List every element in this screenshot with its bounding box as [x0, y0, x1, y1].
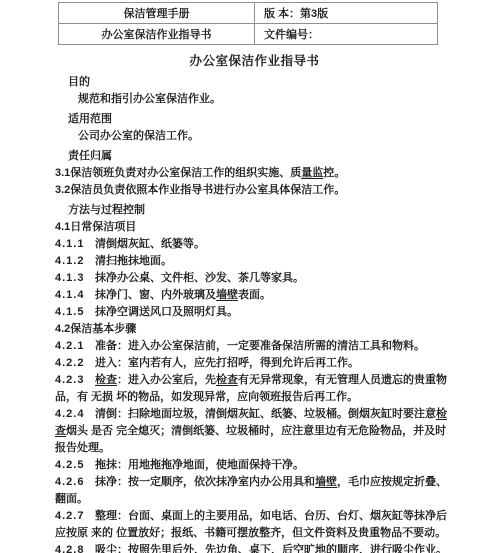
text-line: 品，有 无损 坏的物品，如发现异常，应向领班报告后再工作。 [55, 389, 454, 406]
doc-name-cell: 办公室保洁作业指导书 [59, 24, 255, 45]
text-line: 4.2.3检查：进入办公室后，先检查有无异常现象，有无管理人员遗忘的贵重物 [55, 372, 454, 389]
text-segment: 3.1保洁领班负责对办公室保洁工作的组织实施、质 [55, 167, 301, 179]
text-line: 规范和指引办公室保洁作业。 [78, 91, 454, 108]
text-line: 公司办公室的保洁工作。 [78, 128, 454, 145]
text-line: 4.2.5拖抹：用地拖拖净地面，使地面保持干净。 [55, 457, 454, 474]
text-line: 4.2.6抹净：按一定顺序，依次抹净室内办公用具和墙壁，毛巾应按规定折叠、 [55, 474, 454, 491]
text-line: 3.1保洁领班负责对办公室保洁工作的组织实施、质量监控。 [55, 165, 454, 182]
document-page: 保洁管理手册 版 本：第3版 办公室保洁作业指导书 文件编号： 办公室保洁作业指… [0, 0, 500, 553]
clause-number: 4.1.3 [55, 270, 95, 287]
clause-number: 4.2.2 [55, 355, 95, 372]
text-segment: 报告处理。 [55, 442, 110, 454]
clause-number: 4.1.2 [55, 253, 95, 270]
text-segment: 吸尘：按照先里后外，先边角、桌下，后空旷地的顺序，进行吸尘作业。 [95, 544, 447, 553]
text-segment: 准备：进入办公室保洁前，一定要准备保洁所需的清洁工具和物料。 [95, 340, 425, 352]
underlined-text: 检 [436, 408, 447, 420]
clause-number: 4.2.6 [55, 474, 95, 491]
text-segment: 清倒：扫除地面垃圾，清倒烟灰缸、纸篓、垃圾桶。倒烟灰缸时要注意 [95, 408, 436, 420]
section-heading: 目的 [68, 74, 454, 91]
text-segment: 方法与过程控制 [68, 204, 145, 216]
text-segment: 抹净空调送风口及照明灯具。 [95, 306, 238, 318]
text-segment: 责任归属 [68, 150, 112, 162]
text-line: 4.2保洁基本步骤 [55, 321, 454, 338]
text-line: 4.1.3抹净办公桌、文件柜、沙发、茶几等家具。 [55, 270, 454, 287]
manual-name-cell: 保洁管理手册 [59, 3, 255, 24]
text-line: 报告处理。 [55, 440, 454, 457]
clause-number: 4.1.5 [55, 304, 95, 321]
text-line: 4.2.2进入：室内若有人，应先打招呼，得到允许后再工作。 [55, 355, 454, 372]
text-segment: 适用范围 [68, 113, 112, 125]
header-row: 保洁管理手册 版 本：第3版 [59, 3, 438, 24]
underlined-text: 检查 [95, 374, 117, 386]
text-segment: ：进入办公室后，先 [117, 374, 216, 386]
text-segment: 抹净办公桌、文件柜、沙发、茶几等家具。 [95, 272, 304, 284]
clause-number: 4.1.1 [55, 236, 95, 253]
clause-number: 4.2.1 [55, 338, 95, 355]
text-segment: 规范和指引办公室保洁作业。 [78, 93, 221, 105]
underlined-text: 检查 [216, 374, 238, 386]
clause-number: 4.2.3 [55, 372, 95, 389]
clause-number: 4.1.4 [55, 287, 95, 304]
underlined-text: 墙壁 [315, 476, 337, 488]
text-segment: 拖抹：用地拖拖净地面，使地面保持干净。 [95, 459, 304, 471]
text-line: 4.2.8吸尘：按照先里后外，先边角、桌下，后空旷地的顺序，进行吸尘作业。 [55, 542, 454, 553]
text-line: 4.1.1清倒烟灰缸、纸篓等。 [55, 236, 454, 253]
text-segment: 应按原 来的 位置放好；报纸、书籍可摆放整齐，但文件资料及贵重物品不要动。 [55, 527, 446, 539]
text-segment: 抹净门、窗、内外玻璃及 [95, 289, 216, 301]
header-row: 办公室保洁作业指导书 文件编号： [59, 24, 438, 45]
text-line: 4.1.2清扫拖抹地面。 [55, 253, 454, 270]
text-line: 4.2.4清倒：扫除地面垃圾，清倒烟灰缸、纸篓、垃圾桶。倒烟灰缸时要注意检 [55, 406, 454, 423]
text-segment: 公司办公室的保洁工作。 [78, 130, 199, 142]
clause-number: 4.2.4 [55, 406, 95, 423]
text-segment: 抹净：按一定顺序，依次抹净室内办公用具和 [95, 476, 315, 488]
text-line: 查烟头 是否 完全熄灭；清倒纸篓、垃圾桶时，应注意里边有无危险物品，并及时 [55, 423, 454, 440]
text-segment: 4.2保洁基本步骤 [55, 323, 136, 335]
clause-number: 4.2.7 [55, 508, 95, 525]
text-line: 应按原 来的 位置放好；报纸、书籍可摆放整齐，但文件资料及贵重物品不要动。 [55, 525, 454, 542]
text-segment: 品，有 无损 坏的物品，如发现异常，应向领班报告后再工作。 [55, 391, 358, 403]
text-segment: 有无异常现象，有无管理人员遗忘的贵重物 [238, 374, 447, 386]
text-segment: 3.2保洁员负责依照本作业指导书进行办公室具体保洁工作。 [55, 184, 345, 196]
text-segment: 清倒烟灰缸、纸篓等。 [95, 238, 205, 250]
clause-number: 4.2.5 [55, 457, 95, 474]
header-table: 保洁管理手册 版 本：第3版 办公室保洁作业指导书 文件编号： [58, 2, 438, 45]
text-line: 4.1.4抹净门、窗、内外玻璃及墙壁表面。 [55, 287, 454, 304]
text-segment: 整理：台面、桌面上的主要用品，如电话、台历、台灯、烟灰缸等抹净后 [95, 510, 447, 522]
section-heading: 适用范围 [68, 111, 454, 128]
text-segment: 控。 [323, 167, 345, 179]
section-heading: 方法与过程控制 [68, 202, 454, 219]
text-segment: 4.1日常保洁项目 [55, 221, 136, 233]
text-segment: 目的 [68, 76, 90, 88]
underlined-text: 墙壁 [216, 289, 238, 301]
clause-number: 4.2.8 [55, 542, 95, 553]
text-segment: 翻面。 [55, 493, 88, 505]
section-heading: 责任归属 [68, 148, 454, 165]
text-segment: ，毛巾应按规定折叠、 [337, 476, 447, 488]
document-body: 目的规范和指引办公室保洁作业。适用范围公司办公室的保洁工作。责任归属3.1保洁领… [55, 74, 454, 553]
text-line: 4.2.7整理：台面、桌面上的主要用品，如电话、台历、台灯、烟灰缸等抹净后 [55, 508, 454, 525]
text-segment: 表面。 [238, 289, 271, 301]
text-line: 3.2保洁员负责依照本作业指导书进行办公室具体保洁工作。 [55, 182, 454, 199]
file-number-cell: 文件编号： [255, 24, 438, 45]
document-title: 办公室保洁作业指导书 [55, 51, 454, 71]
text-segment: 烟头 是否 完全熄灭；清倒纸篓、垃圾桶时，应注意里边有无危险物品，并及时 [66, 425, 446, 437]
version-cell: 版 本：第3版 [255, 3, 438, 24]
text-line: 4.2.1准备：进入办公室保洁前，一定要准备保洁所需的清洁工具和物料。 [55, 338, 454, 355]
document-content: 办公室保洁作业指导书 目的规范和指引办公室保洁作业。适用范围公司办公室的保洁工作… [0, 45, 500, 553]
text-line: 翻面。 [55, 491, 454, 508]
text-line: 4.1.5抹净空调送风口及照明灯具。 [55, 304, 454, 321]
text-segment: 清扫拖抹地面。 [95, 255, 172, 267]
underlined-text: 量监 [301, 167, 323, 179]
underlined-text: 查 [55, 425, 66, 437]
text-segment: 进入：室内若有人，应先打招呼，得到允许后再工作。 [95, 357, 359, 369]
text-line: 4.1日常保洁项目 [55, 219, 454, 236]
